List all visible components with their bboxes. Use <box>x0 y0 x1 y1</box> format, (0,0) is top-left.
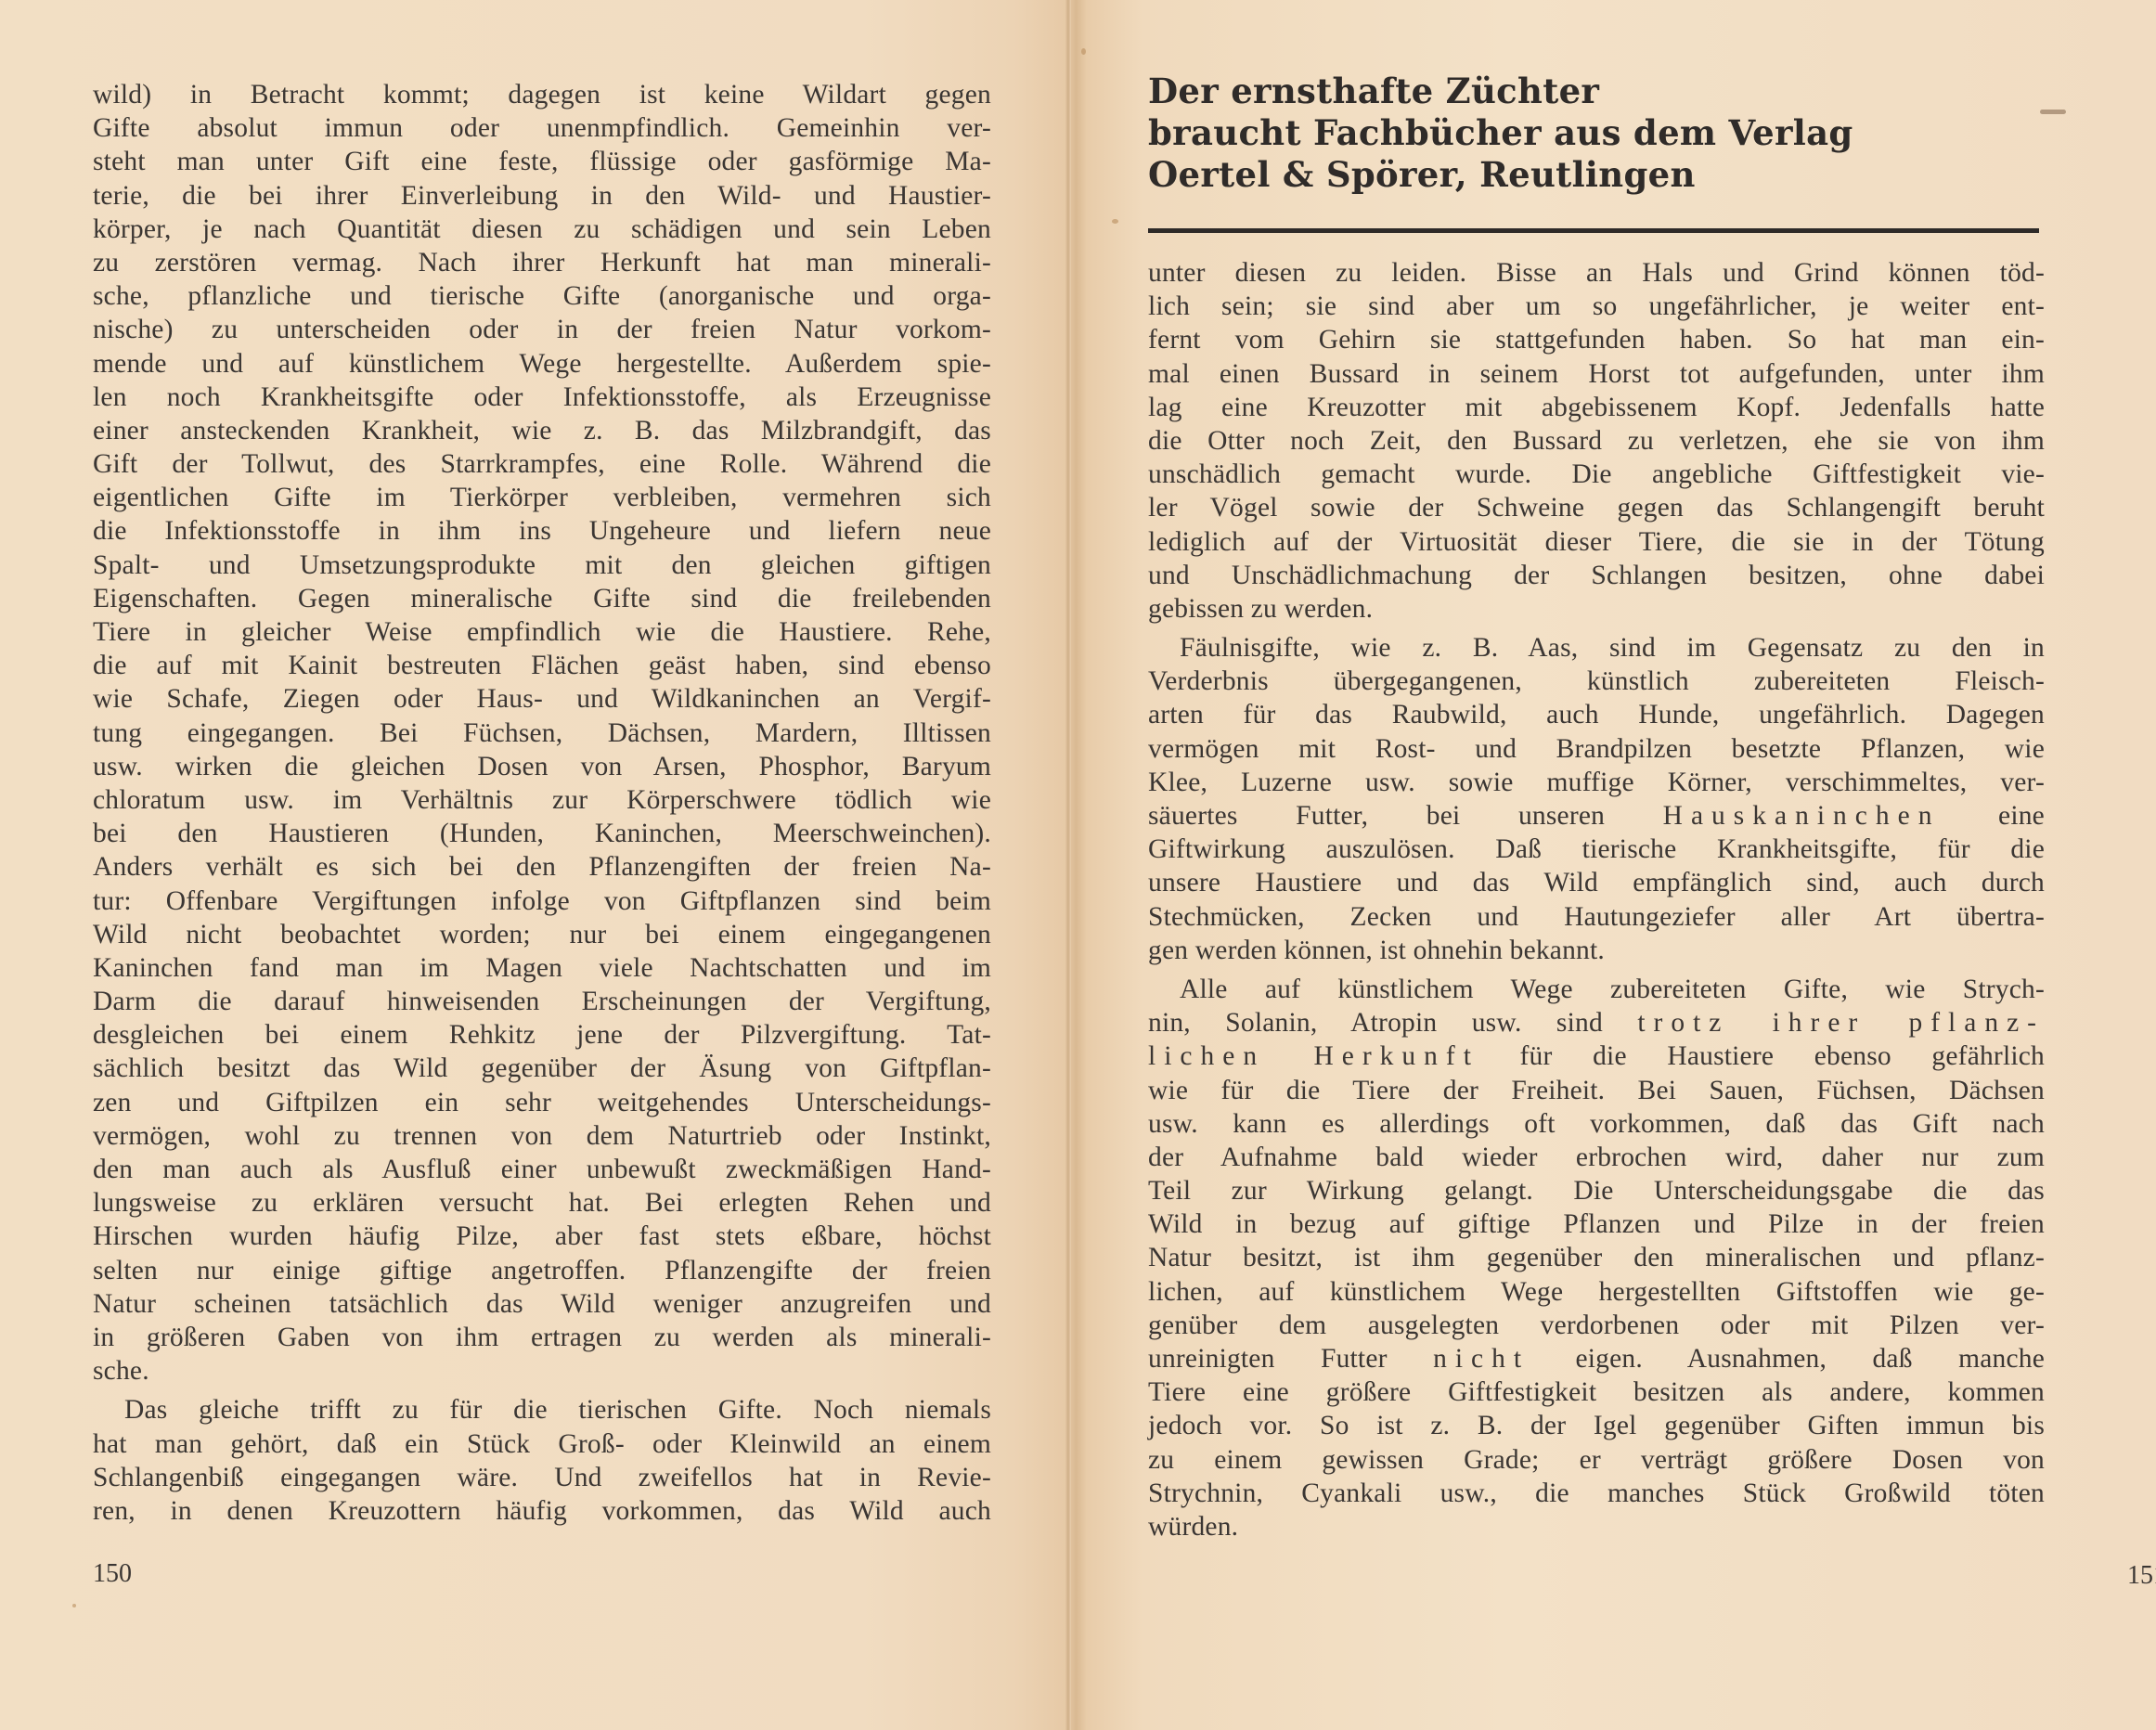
text-line: vermögen, wohl zu trennen von dem Naturt… <box>93 1119 991 1153</box>
text-line: tung eingegangen. Bei Füchsen, Dächsen, … <box>93 717 991 750</box>
left-page: wild) in Betracht kommt; dagegen ist kei… <box>0 0 1065 1730</box>
text-line: Klee, Luzerne usw. sowie muffige Körner,… <box>1148 766 2045 799</box>
text-line: Stechmücken, Zecken und Hautungeziefer a… <box>1148 900 2045 934</box>
text-line: eigentlichen Gifte im Tierkörper verblei… <box>93 481 991 514</box>
text-line: Hirschen wurden häufig Pilze, aber fast … <box>93 1220 991 1253</box>
text-line: len noch Krankheitsgifte oder Infektions… <box>93 381 991 414</box>
text-line: jedoch vor. So ist z. B. der Igel gegenü… <box>1148 1409 2045 1442</box>
publisher-advert-heading: Der ernsthafte Züchter braucht Fachbüche… <box>1148 71 2045 196</box>
text-run: säuertes Futter, bei unseren <box>1148 801 1663 831</box>
text-line: mende und auf künstlichem Wege hergestel… <box>93 347 991 381</box>
text-line: zen und Giftpilzen ein sehr weitgehendes… <box>93 1086 991 1119</box>
text-run: eigen. Ausnahmen, daß manche <box>1530 1344 2045 1374</box>
text-line: die Otter noch Zeit, den Bussard zu verl… <box>1148 424 2045 458</box>
text-line: Teil zur Wirkung gelangt. Die Unterschei… <box>1148 1174 2045 1207</box>
heading-line: braucht Fachbücher aus dem Verlag <box>1148 112 2045 154</box>
text-line: Tiere in gleicher Weise empfindlich wie … <box>93 615 991 649</box>
text-line: Alle auf künstlichem Wege zubereiteten G… <box>1148 973 2045 1006</box>
text-line: lediglich auf der Virtuosität dieser Tie… <box>1148 525 2045 559</box>
text-line: selten nur einige giftige angetroffen. P… <box>93 1254 991 1287</box>
text-line: Wild in bezug auf giftige Pflanzen und P… <box>1148 1207 2045 1241</box>
text-line: in größeren Gaben von ihm ertragen zu we… <box>93 1321 991 1354</box>
book-spread: wild) in Betracht kommt; dagegen ist kei… <box>0 0 2156 1730</box>
text-line: wild) in Betracht kommt; dagegen ist kei… <box>93 78 991 111</box>
paper-speck <box>1081 48 1086 55</box>
text-line: die auf mit Kainit bestreuten Flächen ge… <box>93 649 991 682</box>
text-line: unter diesen zu leiden. Bisse an Hals un… <box>1148 256 2045 290</box>
text-line: usw. wirken die gleichen Dosen von Arsen… <box>93 750 991 783</box>
text-line: unschädlich gemacht wurde. Die angeblich… <box>1148 458 2045 491</box>
right-page-body-text: unter diesen zu leiden. Bisse an Hals un… <box>1148 256 2045 1543</box>
text-line: lag eine Kreuzotter mit abgebissenem Kop… <box>1148 391 2045 424</box>
text-line: Verderbnis übergegangenen, künstlich zub… <box>1148 665 2045 698</box>
text-line: nische) zu unterscheiden oder in der fre… <box>93 313 991 346</box>
left-page-body-text: wild) in Betracht kommt; dagegen ist kei… <box>93 78 991 1528</box>
heading-line: Oertel & Spörer, Reutlingen <box>1148 154 2045 196</box>
text-line: Natur scheinen tatsächlich das Wild weni… <box>93 1287 991 1321</box>
text-line: lichen, auf künstlichem Wege hergestellt… <box>1148 1275 2045 1309</box>
page-number-right: 151 <box>2127 1561 2156 1591</box>
text-line: Tiere eine größere Giftfestigkeit besitz… <box>1148 1375 2045 1409</box>
text-line: lungsweise zu erklären versucht hat. Bei… <box>93 1186 991 1220</box>
text-line: mal einen Bussard in seinem Horst tot au… <box>1148 357 2045 391</box>
text-line: usw. kann es allerdings oft vorkommen, d… <box>1148 1107 2045 1141</box>
text-line: arten für das Raubwild, auch Hunde, unge… <box>1148 698 2045 731</box>
emphasized-spaced-word: nicht <box>1433 1344 1530 1374</box>
right-page: Der ernsthafte Züchter braucht Fachbüche… <box>1071 0 2156 1730</box>
text-line: hat man gehört, daß ein Stück Groß- oder… <box>93 1427 991 1461</box>
text-line: Wild nicht beobachtet worden; nur bei ei… <box>93 918 991 951</box>
text-line: Natur besitzt, ist ihm gegenüber den min… <box>1148 1241 2045 1274</box>
text-line: unsere Haustiere und das Wild empfänglic… <box>1148 866 2045 899</box>
text-line: Spalt- und Umsetzungsprodukte mit den gl… <box>93 549 991 582</box>
text-line: bei den Haustieren (Hunden, Kaninchen, M… <box>93 817 991 850</box>
text-line: Gift der Tollwut, des Starrkrampfes, ein… <box>93 447 991 481</box>
text-line: Darm die darauf hinweisenden Erscheinung… <box>93 985 991 1018</box>
text-line: fernt vom Gehirn sie stattgefunden haben… <box>1148 323 2045 356</box>
text-line: Kaninchen fand man im Magen viele Nachts… <box>93 951 991 985</box>
text-line: terie, die bei ihrer Einverleibung in de… <box>93 179 991 213</box>
text-line: Strychnin, Cyankali usw., die manches St… <box>1148 1477 2045 1510</box>
text-line: lich sein; sie sind aber um so ungefährl… <box>1148 290 2045 323</box>
paper-speck <box>2040 110 2066 114</box>
text-run: eine <box>1941 801 2045 831</box>
emphasized-spaced-phrase: trotz ihrer pflanz- <box>1637 1008 2045 1038</box>
text-line: nin, Solanin, Atropin usw. sind trotz ih… <box>1148 1006 2045 1039</box>
text-line: sächlich besitzt das Wild gegenüber der … <box>93 1052 991 1085</box>
text-line: den man auch als Ausfluß einer unbewußt … <box>93 1153 991 1186</box>
text-line: genüber dem ausgelegten verdorbenen oder… <box>1148 1309 2045 1342</box>
text-line: die Infektionsstoffe in ihm ins Ungeheur… <box>93 514 991 548</box>
text-line: Giftwirkung auszulösen. Daß tierische Kr… <box>1148 833 2045 866</box>
text-line: tur: Offenbare Vergiftungen infolge von … <box>93 884 991 918</box>
paper-speck <box>72 1604 76 1607</box>
text-line: wie für die Tiere der Freiheit. Bei Saue… <box>1148 1074 2045 1107</box>
text-line: zu einem gewissen Grade; er verträgt grö… <box>1148 1443 2045 1477</box>
text-line: und Unschädlichmachung der Schlangen bes… <box>1148 559 2045 592</box>
text-run: unreinigten Futter <box>1148 1344 1433 1374</box>
text-line: sche, pflanzliche und tierische Gifte (a… <box>93 279 991 313</box>
text-line: chloratum usw. im Verhältnis zur Körpers… <box>93 783 991 817</box>
text-line: Das gleiche trifft zu für die tierischen… <box>93 1393 991 1427</box>
text-line: ler Vögel sowie der Schweine gegen das S… <box>1148 491 2045 524</box>
text-line: Gifte absolut immun oder unenmpfindlich.… <box>93 111 991 145</box>
text-run: für die Haustiere ebenso gefährlich <box>1479 1041 2045 1071</box>
text-line: einer ansteckenden Krankheit, wie z. B. … <box>93 414 991 447</box>
text-line: körper, je nach Quantität diesen zu schä… <box>93 213 991 246</box>
text-line: Schlangenbiß eingegangen wäre. Und zweif… <box>93 1461 991 1494</box>
text-line: lichen Herkunft für die Haustiere ebenso… <box>1148 1039 2045 1073</box>
text-line: ren, in denen Kreuzottern häufig vorkomm… <box>93 1494 991 1528</box>
emphasized-spaced-word: Hauskaninchen <box>1663 801 1941 831</box>
text-line: Anders verhält es sich bei den Pflanzeng… <box>93 850 991 884</box>
text-line: wie Schafe, Ziegen oder Haus- und Wildka… <box>93 682 991 716</box>
text-line: desgleichen bei einem Rehkitz jene der P… <box>93 1018 991 1052</box>
paper-speck <box>1112 219 1118 224</box>
text-line: vermögen mit Rost- und Brandpilzen beset… <box>1148 732 2045 766</box>
text-line: Fäulnisgifte, wie z. B. Aas, sind im Geg… <box>1148 631 2045 665</box>
text-line: zu zerstören vermag. Nach ihrer Herkunft… <box>93 246 991 279</box>
heading-rule-divider <box>1148 228 2039 233</box>
page-number-left: 150 <box>93 1559 132 1589</box>
text-line: gebissen zu werden. <box>1148 592 2045 626</box>
emphasized-spaced-phrase: lichen Herkunft <box>1148 1041 1479 1071</box>
text-line: gen werden können, ist ohnehin bekannt. <box>1148 934 2045 967</box>
text-line: säuertes Futter, bei unseren Hauskaninch… <box>1148 799 2045 833</box>
text-line: sche. <box>93 1354 991 1388</box>
text-line: steht man unter Gift eine feste, flüssig… <box>93 145 991 178</box>
text-line: unreinigten Futter nicht eigen. Ausnahme… <box>1148 1342 2045 1375</box>
heading-line: Der ernsthafte Züchter <box>1148 71 2045 112</box>
text-line: Eigenschaften. Gegen mineralische Gifte … <box>93 582 991 615</box>
text-line: der Aufnahme bald wieder erbrochen wird,… <box>1148 1141 2045 1174</box>
text-run: nin, Solanin, Atropin usw. sind <box>1148 1008 1637 1038</box>
text-line: würden. <box>1148 1510 2045 1543</box>
